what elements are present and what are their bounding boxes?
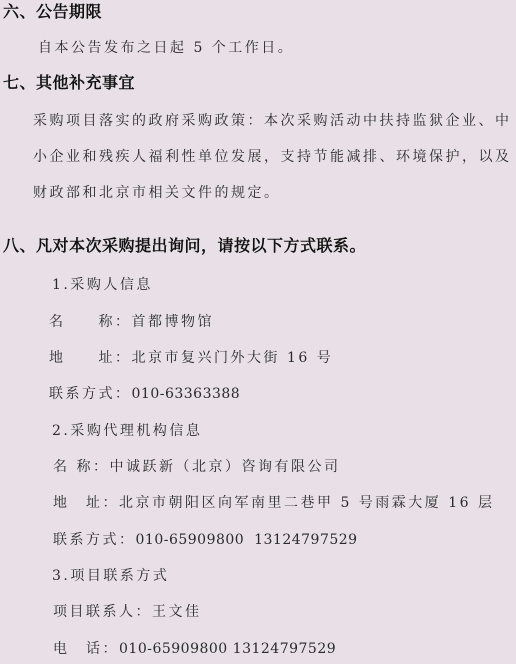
purchaser-name-value: 首都博物馆 (132, 314, 215, 330)
purchaser-contact-value: 010-63363388 (132, 386, 241, 402)
section-6-text: 自本公告发布之日起 5 个工作日。 (38, 39, 294, 57)
purchaser-name-label: 名 称： (49, 314, 132, 330)
section-7-paragraph-line: 财政部和北京市相关文件的规定。 (33, 184, 281, 202)
section-7-paragraph-line: 采购项目落实的政府采购政策：本次采购活动中扶持监狱企业、中 (33, 112, 512, 130)
project-person-value: 王文佳 (152, 604, 202, 620)
purchaser-address-label: 地 址： (49, 350, 132, 366)
project-phone-row: 电 话：010-65909800 13124797529 (53, 640, 336, 658)
agency-address-label: 地 址： (53, 495, 119, 511)
project-person-label: 项目联系人： (53, 604, 152, 620)
agency-contact-row: 联系方式：010-65909800 13124797529 (53, 531, 358, 549)
purchaser-address-value: 北京市复兴门外大街 16 号 (132, 350, 334, 366)
agency-address-value: 北京市朝阳区向军南里二巷甲 5 号雨霖大厦 16 层 (119, 495, 495, 511)
purchaser-contact-row: 联系方式：010-63363388 (49, 385, 240, 403)
agency-address-row: 地 址：北京市朝阳区向军南里二巷甲 5 号雨霖大厦 16 层 (53, 494, 495, 512)
agency-contact-label: 联系方式： (53, 532, 136, 548)
agency-name-value: 中诚跃新（北京）咨询有限公司 (109, 459, 340, 475)
project-person-row: 项目联系人：王文佳 (53, 603, 202, 621)
purchaser-address-row: 地 址：北京市复兴门外大街 16 号 (49, 349, 333, 367)
project-contact-title: 3.项目联系方式 (52, 567, 169, 585)
section-7-heading: 七、其他补充事宜 (3, 74, 135, 92)
project-phone-label: 电 话： (53, 641, 119, 657)
purchaser-contact-label: 联系方式： (49, 386, 132, 402)
section-8-heading: 八、凡对本次采购提出询问，请按以下方式联系。 (3, 237, 366, 255)
agency-title: 2.采购代理机构信息 (52, 422, 202, 440)
section-7-paragraph-line: 小企业和残疾人福利性单位发展，支持节能减排、环境保护，以及 (33, 148, 512, 166)
agency-name-row: 名 称：中诚跃新（北京）咨询有限公司 (53, 458, 340, 476)
agency-name-label: 名 称： (53, 459, 109, 475)
purchaser-title: 1.采购人信息 (52, 276, 153, 294)
section-6-heading: 六、公告期限 (3, 3, 102, 21)
agency-contact-value: 010-65909800 13124797529 (136, 532, 358, 548)
project-phone-value: 010-65909800 13124797529 (119, 641, 336, 657)
purchaser-name-row: 名 称：首都博物馆 (49, 313, 214, 331)
